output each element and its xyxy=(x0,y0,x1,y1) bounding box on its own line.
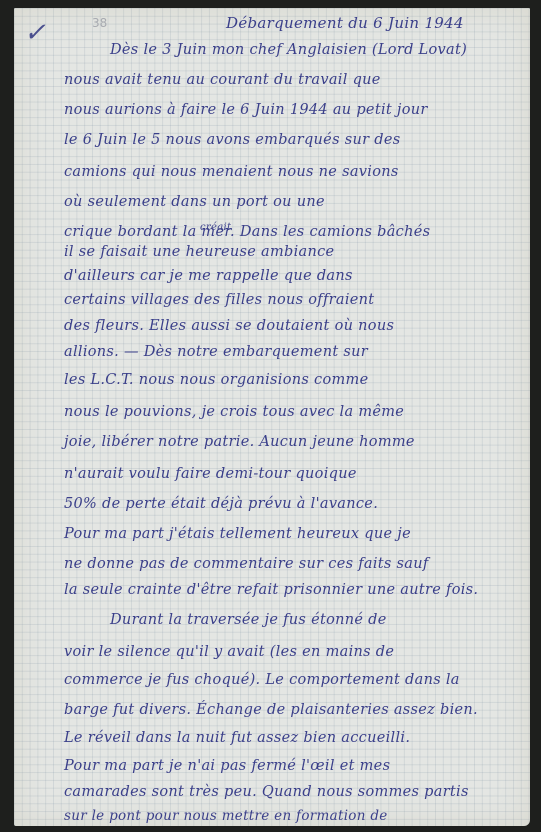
margin-check-mark: ✓ xyxy=(24,18,46,48)
text-line: commerce je fus choqué). Le comportement… xyxy=(64,672,460,688)
text-line: camions qui nous menaient nous ne savion… xyxy=(64,164,399,180)
text-line: camarades sont très peu. Quand nous somm… xyxy=(64,784,469,800)
text-line: Durant la traversée je fus étonné de xyxy=(110,612,387,628)
text-line: les L.C.T. nous nous organisions comme xyxy=(64,372,368,388)
text-line: 50% de perte était déjà prévu à l'avance… xyxy=(64,496,378,512)
text-line: voir le silence qu'il y avait (les en ma… xyxy=(64,644,394,660)
text-line: des fleurs. Elles aussi se doutaient où … xyxy=(64,318,394,334)
text-line: n'aurait voulu faire demi-tour quoique xyxy=(64,466,357,482)
text-line: Pour ma part je n'ai pas fermé l'œil et … xyxy=(64,758,390,774)
text-line: certains villages des filles nous offrai… xyxy=(64,292,374,308)
text-line: Le réveil dans la nuit fut assez bien ac… xyxy=(64,730,410,746)
text-line: Pour ma part j'étais tellement heureux q… xyxy=(64,526,411,542)
text-line: allions. — Dès notre embarquement sur xyxy=(64,344,368,360)
text-line: Dès le 3 Juin mon chef Anglaisien (Lord … xyxy=(110,42,467,58)
text-line: il se faisait une heureuse ambiance xyxy=(64,244,334,260)
text-line: nous aurions à faire le 6 Juin 1944 au p… xyxy=(64,102,428,118)
text-line: nous le pouvions, je crois tous avec la … xyxy=(64,404,404,420)
page-heading: Débarquement du 6 Juin 1944 xyxy=(226,14,464,32)
text-line: ne donne pas de commentaire sur ces fait… xyxy=(64,556,429,572)
text-line: crique bordant la mer. Dans les camions … xyxy=(64,224,430,240)
text-line: d'ailleurs car je me rappelle que dans xyxy=(64,268,353,284)
text-line: le 6 Juin le 5 nous avons embarqués sur … xyxy=(64,132,400,148)
text-line: barge fut divers. Échange de plaisanteri… xyxy=(64,702,478,718)
folio-number: 38 xyxy=(92,16,107,30)
text-line: sur le pont pour nous mettre en formatio… xyxy=(64,808,388,824)
text-line: joie, libérer notre patrie. Aucun jeune … xyxy=(64,434,415,450)
text-line: où seulement dans un port ou une xyxy=(64,194,325,210)
text-line: nous avait tenu au courant du travail qu… xyxy=(64,72,381,88)
handwritten-page: ✓ 38 Débarquement du 6 Juin 1944 créait … xyxy=(14,8,530,826)
text-line: la seule crainte d'être refait prisonnie… xyxy=(64,582,478,598)
